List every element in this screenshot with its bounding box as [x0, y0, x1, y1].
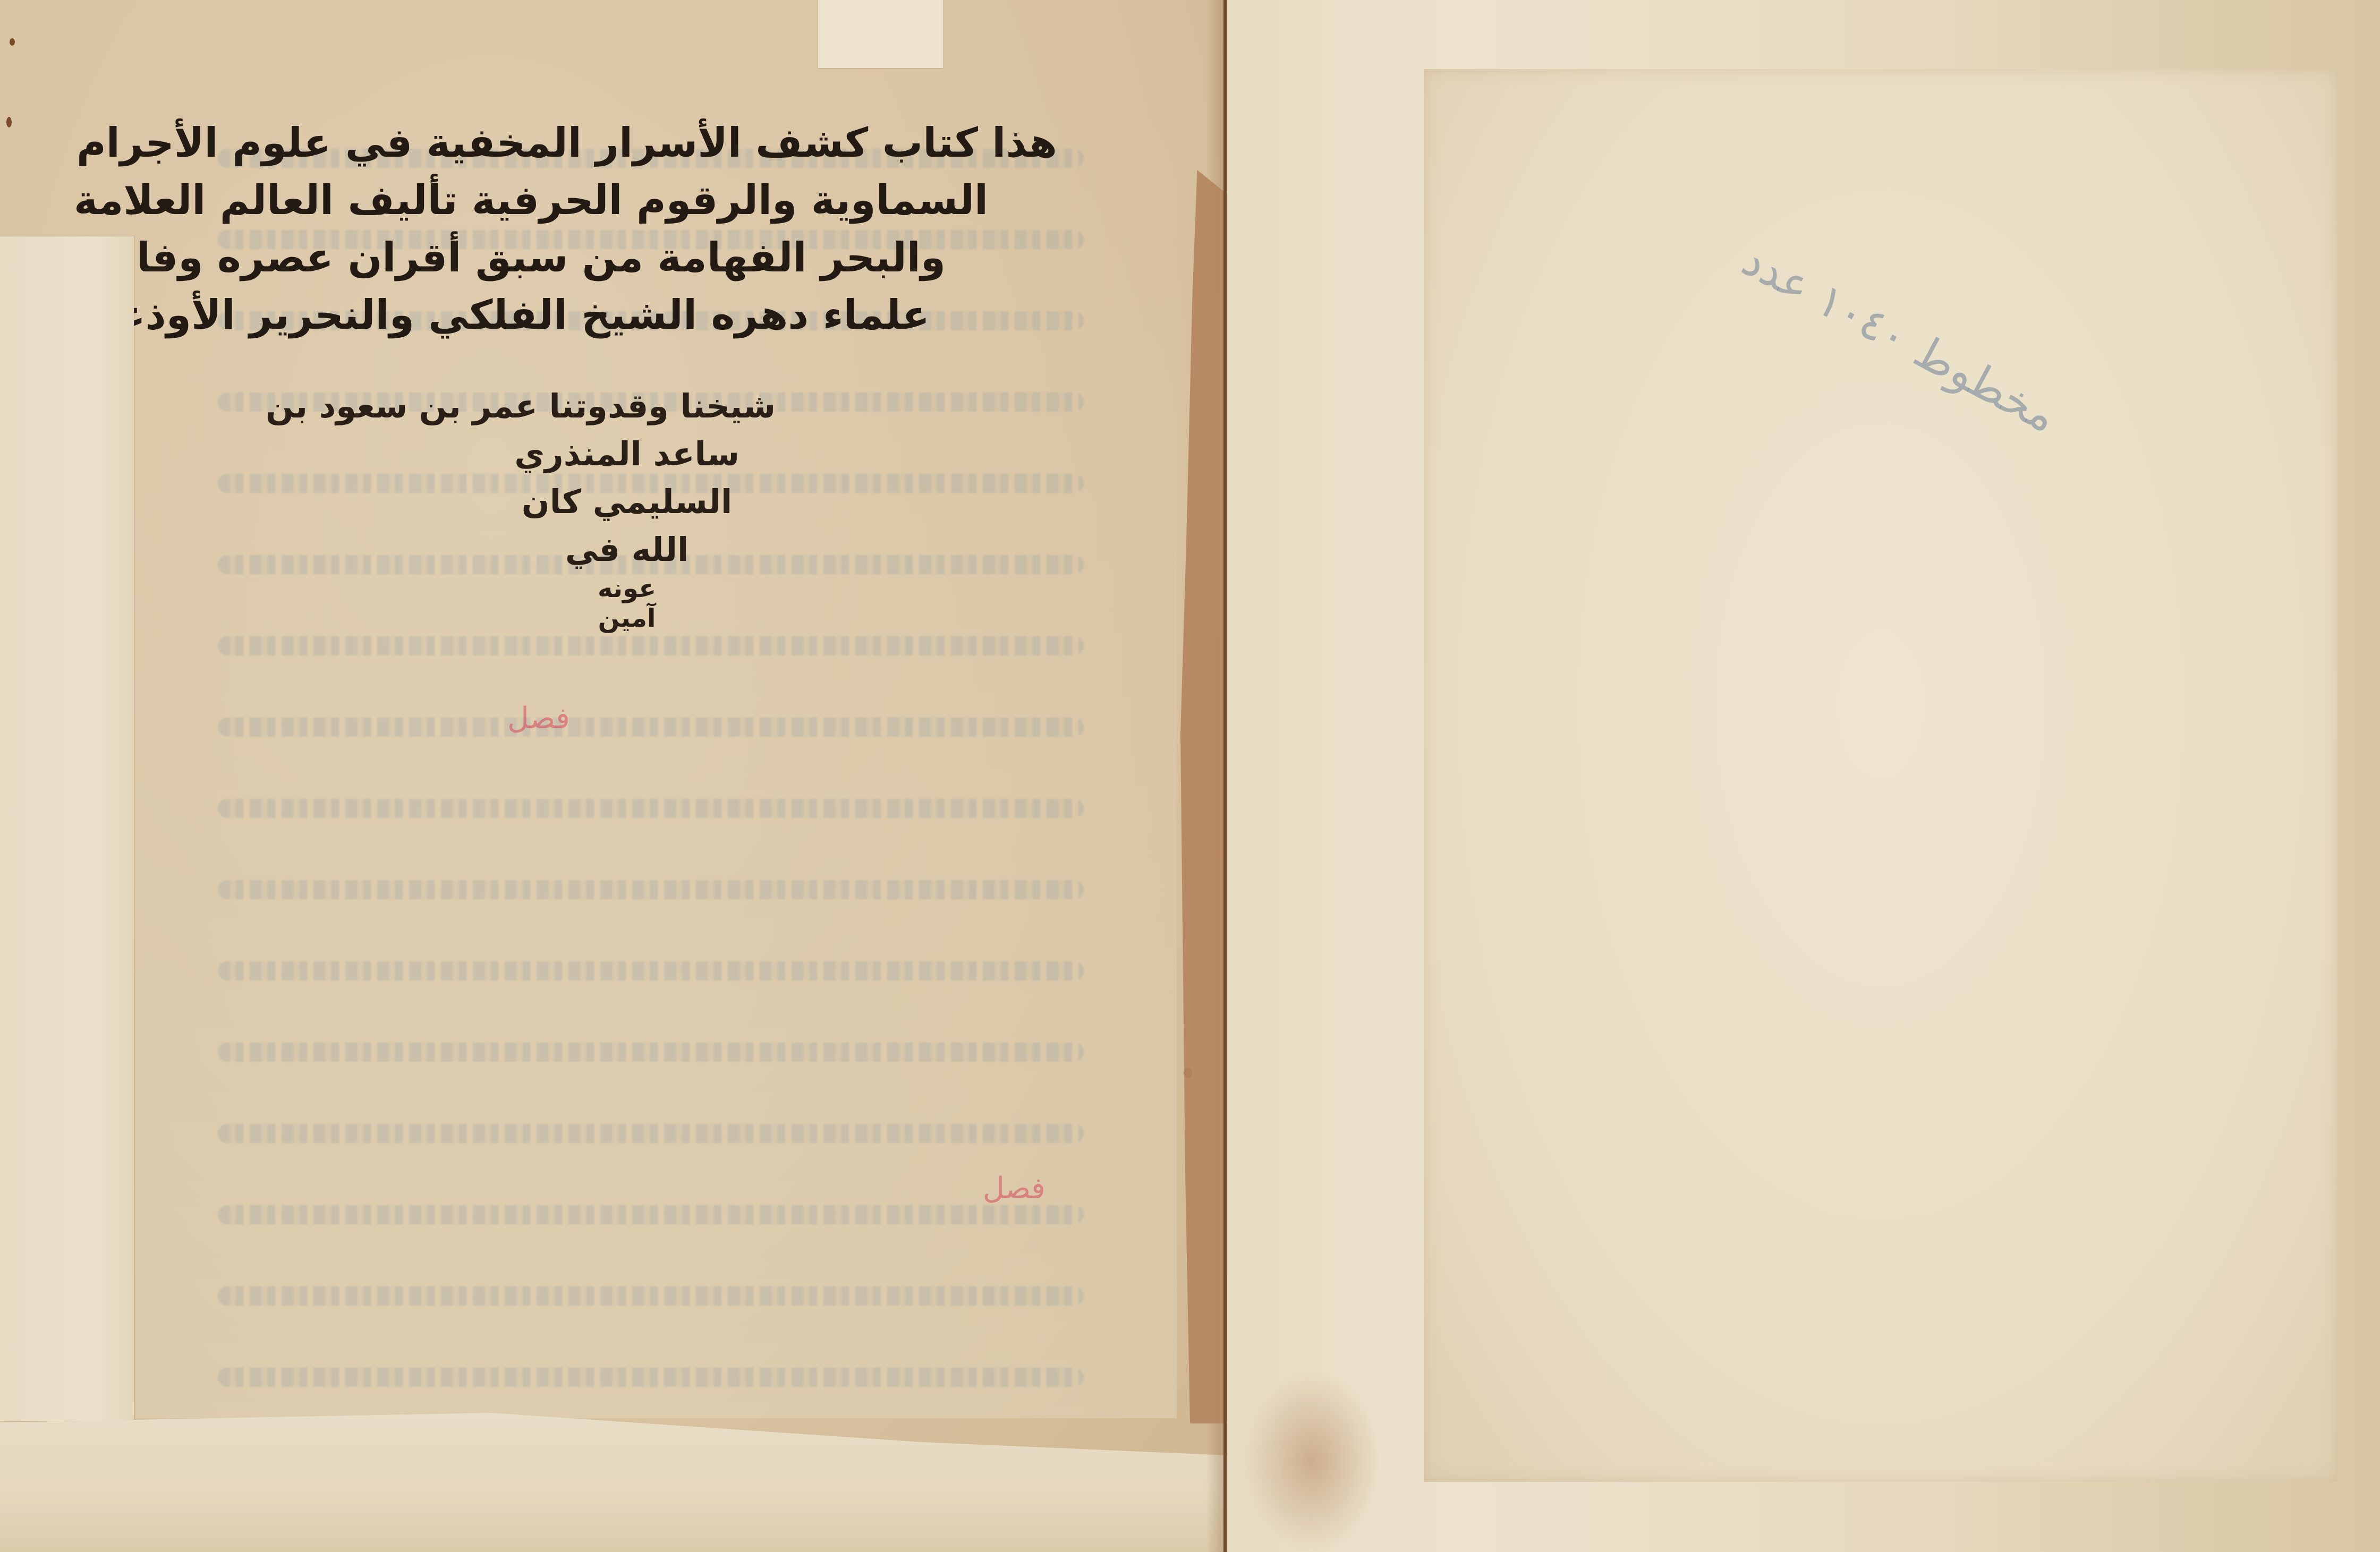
colophon-line: ساعد المنذري: [478, 430, 776, 478]
show-through-line: [218, 1205, 1084, 1224]
show-through-line: [218, 1043, 1084, 1062]
title-line: السماوية والرقوم الحرفية تأليف العالم ال…: [212, 172, 1057, 229]
show-through-line: [218, 799, 1084, 818]
water-stain: [1243, 1370, 1381, 1552]
red-rubric: فصل: [507, 701, 570, 736]
left-repair-strip: [0, 236, 134, 1421]
colophon-line: آمين: [478, 603, 776, 633]
paper-repair-tab: [818, 0, 943, 68]
title-inscription: هذا كتاب كشف الأسرار المخفية في علوم الأ…: [212, 114, 1057, 344]
show-through-line: [218, 1368, 1084, 1387]
show-through-line: [218, 880, 1084, 899]
ink-spot: [6, 117, 12, 127]
manuscript-spread: فصل فصل هذا كتاب كشف الأسرار المخفية في …: [0, 0, 2380, 1552]
colophon-line: الله في: [478, 526, 776, 574]
show-through-text: [218, 149, 1084, 1449]
author-colophon: شيخنا وقدوتنا عمر بن سعود بن ساعد المنذر…: [478, 382, 776, 633]
show-through-line: [218, 961, 1084, 980]
binding-gutter: [1223, 0, 1227, 1552]
colophon-line: السليمي كان: [478, 478, 776, 526]
title-line: هذا كتاب كشف الأسرار المخفية في علوم الأ…: [212, 114, 1057, 172]
title-line: علماء دهره الشيخ الفلكي والنحرير الأوذعي: [212, 286, 1057, 344]
colophon-line: عونه: [478, 574, 776, 603]
show-through-line: [218, 1286, 1084, 1306]
show-through-line: [218, 718, 1084, 737]
title-line: والبحر الفهامة من سبق أقران عصره وفاق: [212, 229, 1057, 286]
colophon-line: شيخنا وقدوتنا عمر بن سعود بن: [478, 382, 776, 430]
red-rubric: فصل: [983, 1171, 1045, 1206]
show-through-line: [218, 636, 1084, 655]
show-through-line: [218, 1124, 1084, 1143]
ink-spot: [10, 38, 15, 46]
blank-endleaf: [1424, 69, 2337, 1482]
